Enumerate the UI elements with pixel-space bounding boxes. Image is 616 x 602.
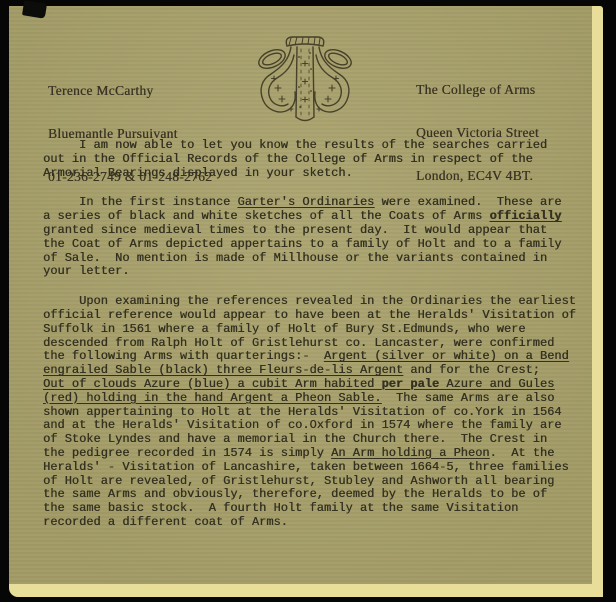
letter-body: I am now able to let you know the result… <box>43 139 593 530</box>
text-line: Out of clouds Azure (blue) a cubit Arm h… <box>43 378 593 392</box>
text-line: engrailed Sable (black) three Fleurs-de-… <box>43 364 593 378</box>
letter-page: Terence McCarthy Bluemantle Pursuivant 0… <box>9 6 603 597</box>
text-line: I am now able to let you know the result… <box>43 139 593 153</box>
text-line: and at the Heralds' Visitation of co.Oxf… <box>43 419 593 433</box>
text-line: granted since medieval times to the pres… <box>43 224 593 238</box>
text-line: a series of black and white sketches of … <box>43 210 593 224</box>
text-line: the same basic stock. A fourth Holt fami… <box>43 502 593 516</box>
text-line: the pedigree recorded in 1574 is simply … <box>43 447 593 461</box>
text-line: the same Arms and obviously, therefore, … <box>43 488 593 502</box>
text-line: your letter. <box>43 265 593 279</box>
sender-name: Terence McCarthy <box>48 84 212 98</box>
text-line: Heralds' - Visitation of Lancashire, tak… <box>43 461 593 475</box>
org-name: The College of Arms <box>416 83 539 97</box>
text-line: out in the Official Records of the Colle… <box>43 153 593 167</box>
text-line: shown appertaining to Holt at the Herald… <box>43 406 593 420</box>
text-line: Suffolk in 1561 where a family of Holt o… <box>43 323 593 337</box>
scan-artifact <box>22 0 47 18</box>
text-line: In the first instance Garter's Ordinarie… <box>43 196 593 210</box>
text-line: descended from Ralph Holt of Gristlehurs… <box>43 337 593 351</box>
text-line: the Coat of Arms depicted appertains to … <box>43 238 593 252</box>
text-line: of Sale. No mention is made of Millhouse… <box>43 252 593 266</box>
text-line: Armorial Bearings displayed in your sket… <box>43 167 593 181</box>
text-line: of Holt are revealed, of Gristlehurst, S… <box>43 475 593 489</box>
paragraph: I am now able to let you know the result… <box>43 139 593 180</box>
text-line: Upon examining the references revealed i… <box>43 295 593 309</box>
text-line: of Stoke Lyndes and have a memorial in t… <box>43 433 593 447</box>
text-line: official reference would appear to have … <box>43 309 593 323</box>
college-of-arms-crest-icon <box>251 33 359 125</box>
text-line: the following Arms with quarterings:- Ar… <box>43 350 593 364</box>
paragraph: In the first instance Garter's Ordinarie… <box>43 196 593 279</box>
paragraph: Upon examining the references revealed i… <box>43 295 593 530</box>
text-line: recorded a different coat of Arms. <box>43 516 593 530</box>
text-line: (red) holding in the hand Argent a Pheon… <box>43 392 593 406</box>
